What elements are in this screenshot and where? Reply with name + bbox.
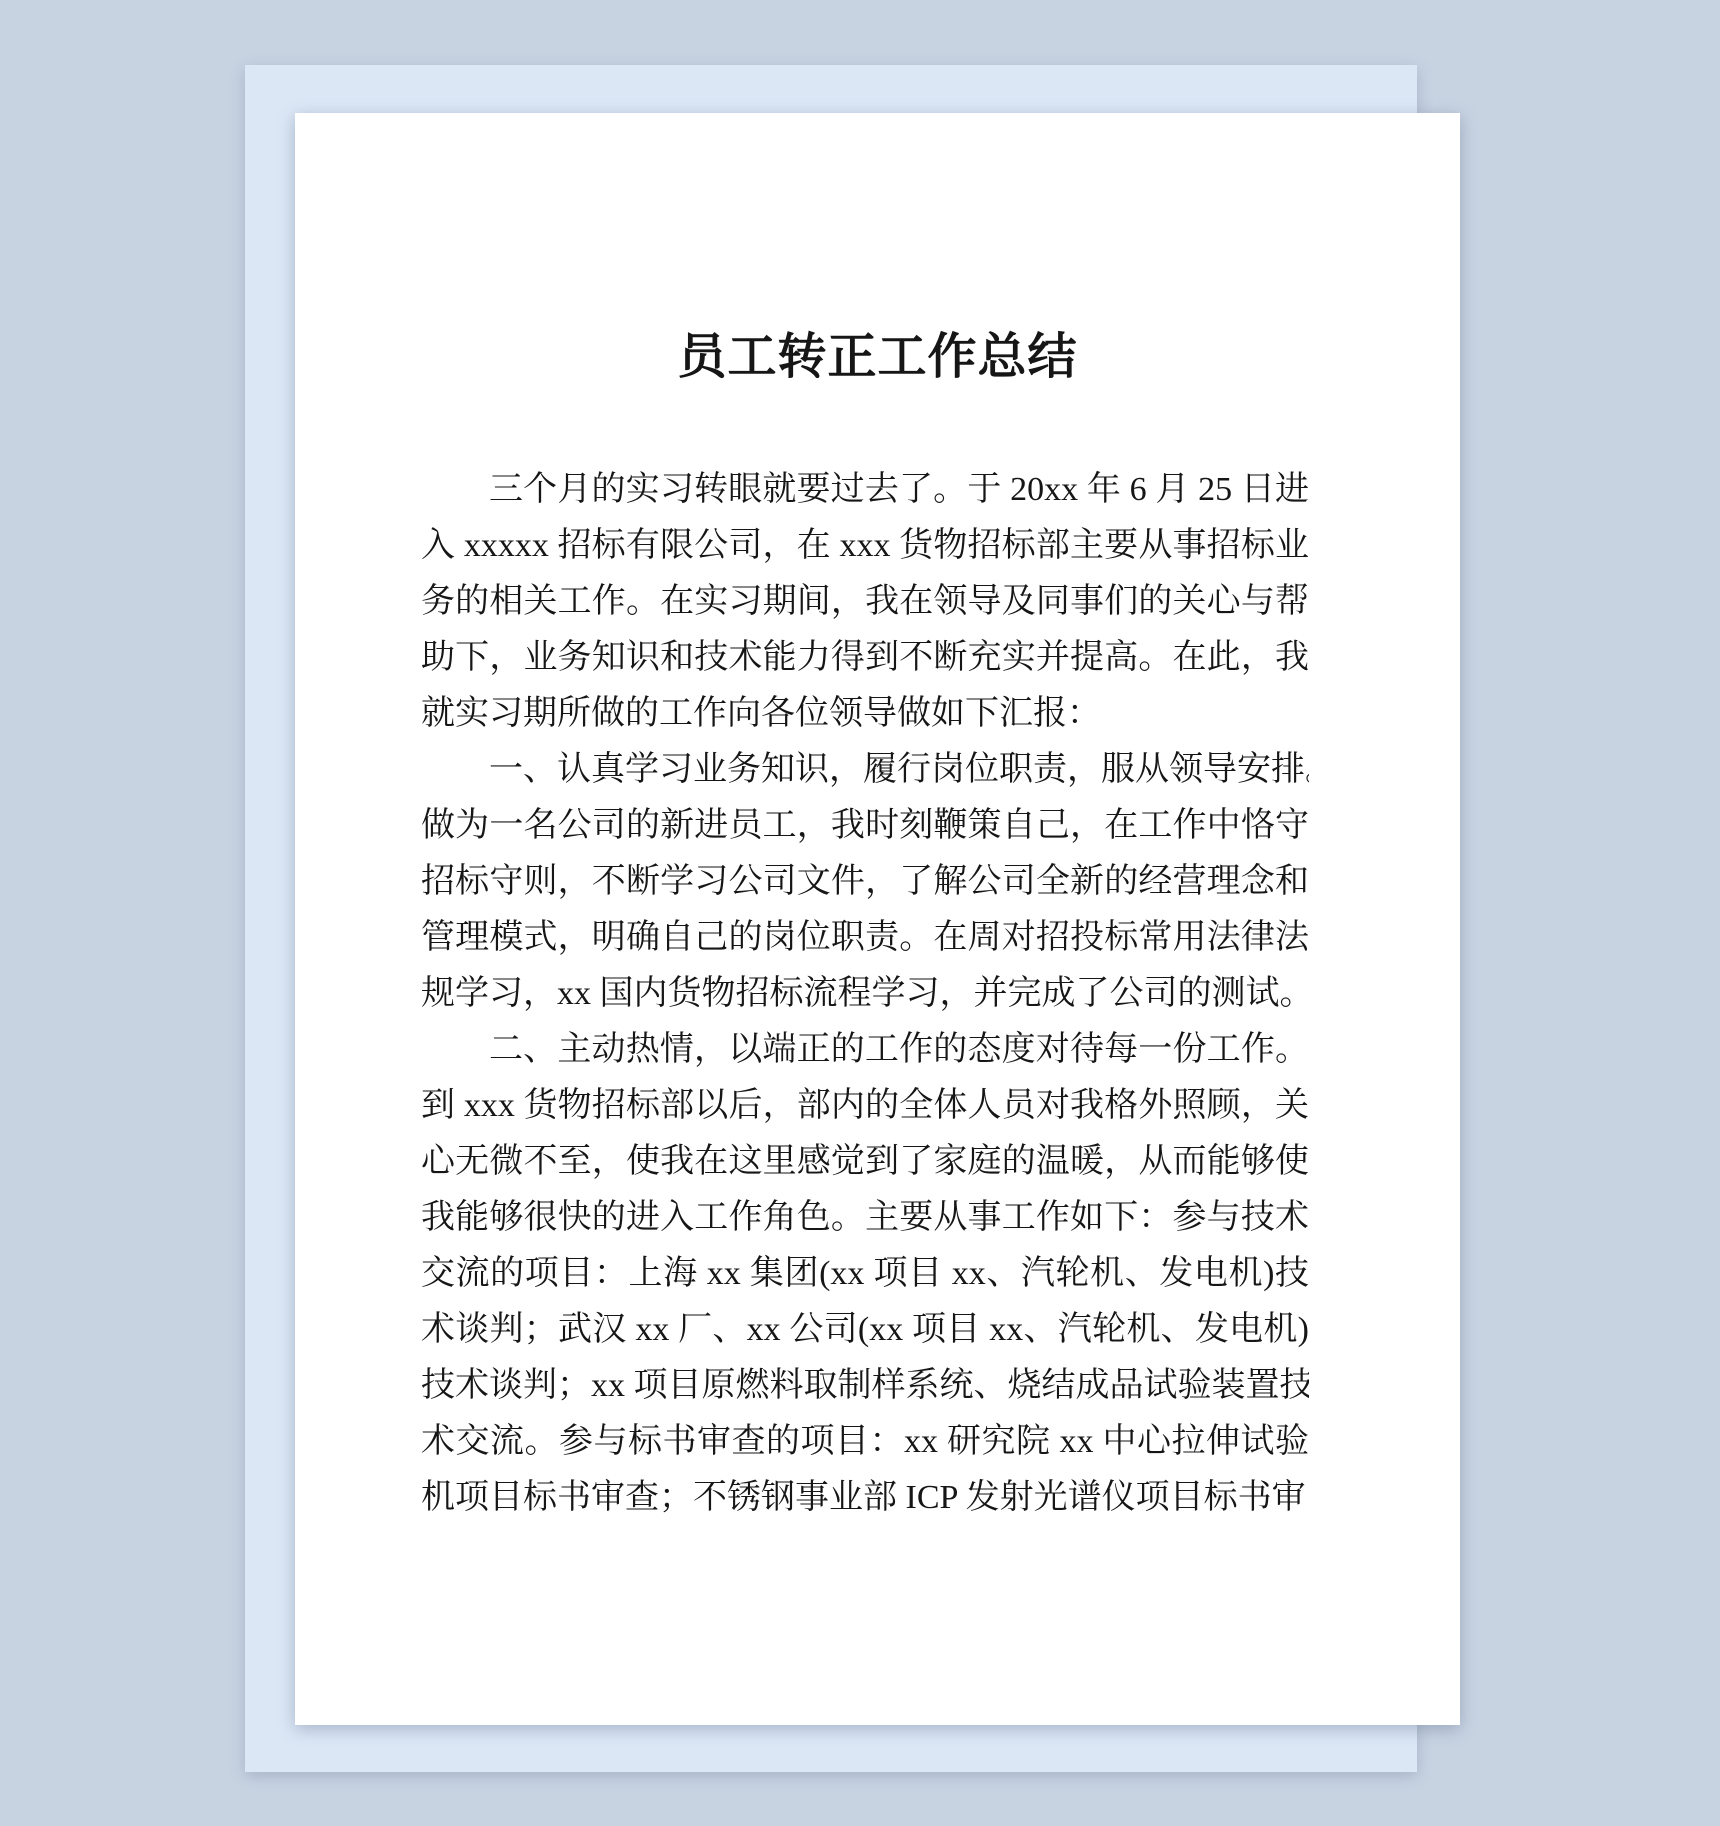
text-line: 机项目标书审查；不锈钢事业部 ICP 发射光谱仪项目标书审 — [421, 1470, 1309, 1526]
text-line: 一、认真学习业务知识，履行岗位职责，服从领导安排。 — [421, 742, 1309, 798]
text-line: 助下，业务知识和技术能力得到不断充实并提高。在此，我 — [421, 630, 1309, 686]
text-line: 入 xxxxx 招标有限公司，在 xxx 货物招标部主要从事招标业 — [421, 518, 1309, 574]
document-preview: { "colors": { "canvas-bg": "#c8d3e2", "b… — [0, 0, 1720, 1826]
text-line: 术谈判；武汉 xx 厂、xx 公司(xx 项目 xx、汽轮机、发电机) — [421, 1302, 1309, 1358]
text-line: 术交流。参与标书审查的项目：xx 研究院 xx 中心拉伸试验 — [421, 1414, 1309, 1470]
text-line: 交流的项目：上海 xx 集团(xx 项目 xx、汽轮机、发电机)技 — [421, 1246, 1309, 1302]
text-line: 做为一名公司的新进员工，我时刻鞭策自己，在工作中恪守 — [421, 798, 1309, 854]
text-line: 管理模式，明确自己的岗位职责。在周对招投标常用法律法 — [421, 910, 1309, 966]
text-line: 三个月的实习转眼就要过去了。于 20xx 年 6 月 25 日进 — [421, 462, 1309, 518]
text-line: 到 xxx 货物招标部以后，部内的全体人员对我格外照顾，关 — [421, 1078, 1309, 1134]
text-line: 就实习期所做的工作向各位领导做如下汇报： — [421, 686, 1309, 742]
document-page: 员工转正工作总结 三个月的实习转眼就要过去了。于 20xx 年 6 月 25 日… — [295, 113, 1460, 1725]
text-line: 技术谈判；xx 项目原燃料取制样系统、烧结成品试验装置技 — [421, 1358, 1309, 1414]
paragraph: 二、主动热情，以端正的工作的态度对待每一份工作。到 xxx 货物招标部以后，部内… — [421, 1022, 1309, 1526]
text-line: 规学习，xx 国内货物招标流程学习，并完成了公司的测试。 — [421, 966, 1309, 1022]
text-line: 二、主动热情，以端正的工作的态度对待每一份工作。 — [421, 1022, 1309, 1078]
paragraph: 一、认真学习业务知识，履行岗位职责，服从领导安排。做为一名公司的新进员工，我时刻… — [421, 742, 1309, 1022]
paragraph: 三个月的实习转眼就要过去了。于 20xx 年 6 月 25 日进入 xxxxx … — [421, 462, 1309, 742]
text-line: 我能够很快的进入工作角色。主要从事工作如下：参与技术 — [421, 1190, 1309, 1246]
text-line: 务的相关工作。在实习期间，我在领导及同事们的关心与帮 — [421, 574, 1309, 630]
document-title: 员工转正工作总结 — [295, 325, 1460, 389]
text-line: 招标守则，不断学习公司文件，了解公司全新的经营理念和 — [421, 854, 1309, 910]
text-line: 心无微不至，使我在这里感觉到了家庭的温暖，从而能够使 — [421, 1134, 1309, 1190]
document-body: 三个月的实习转眼就要过去了。于 20xx 年 6 月 25 日进入 xxxxx … — [295, 462, 1309, 1526]
